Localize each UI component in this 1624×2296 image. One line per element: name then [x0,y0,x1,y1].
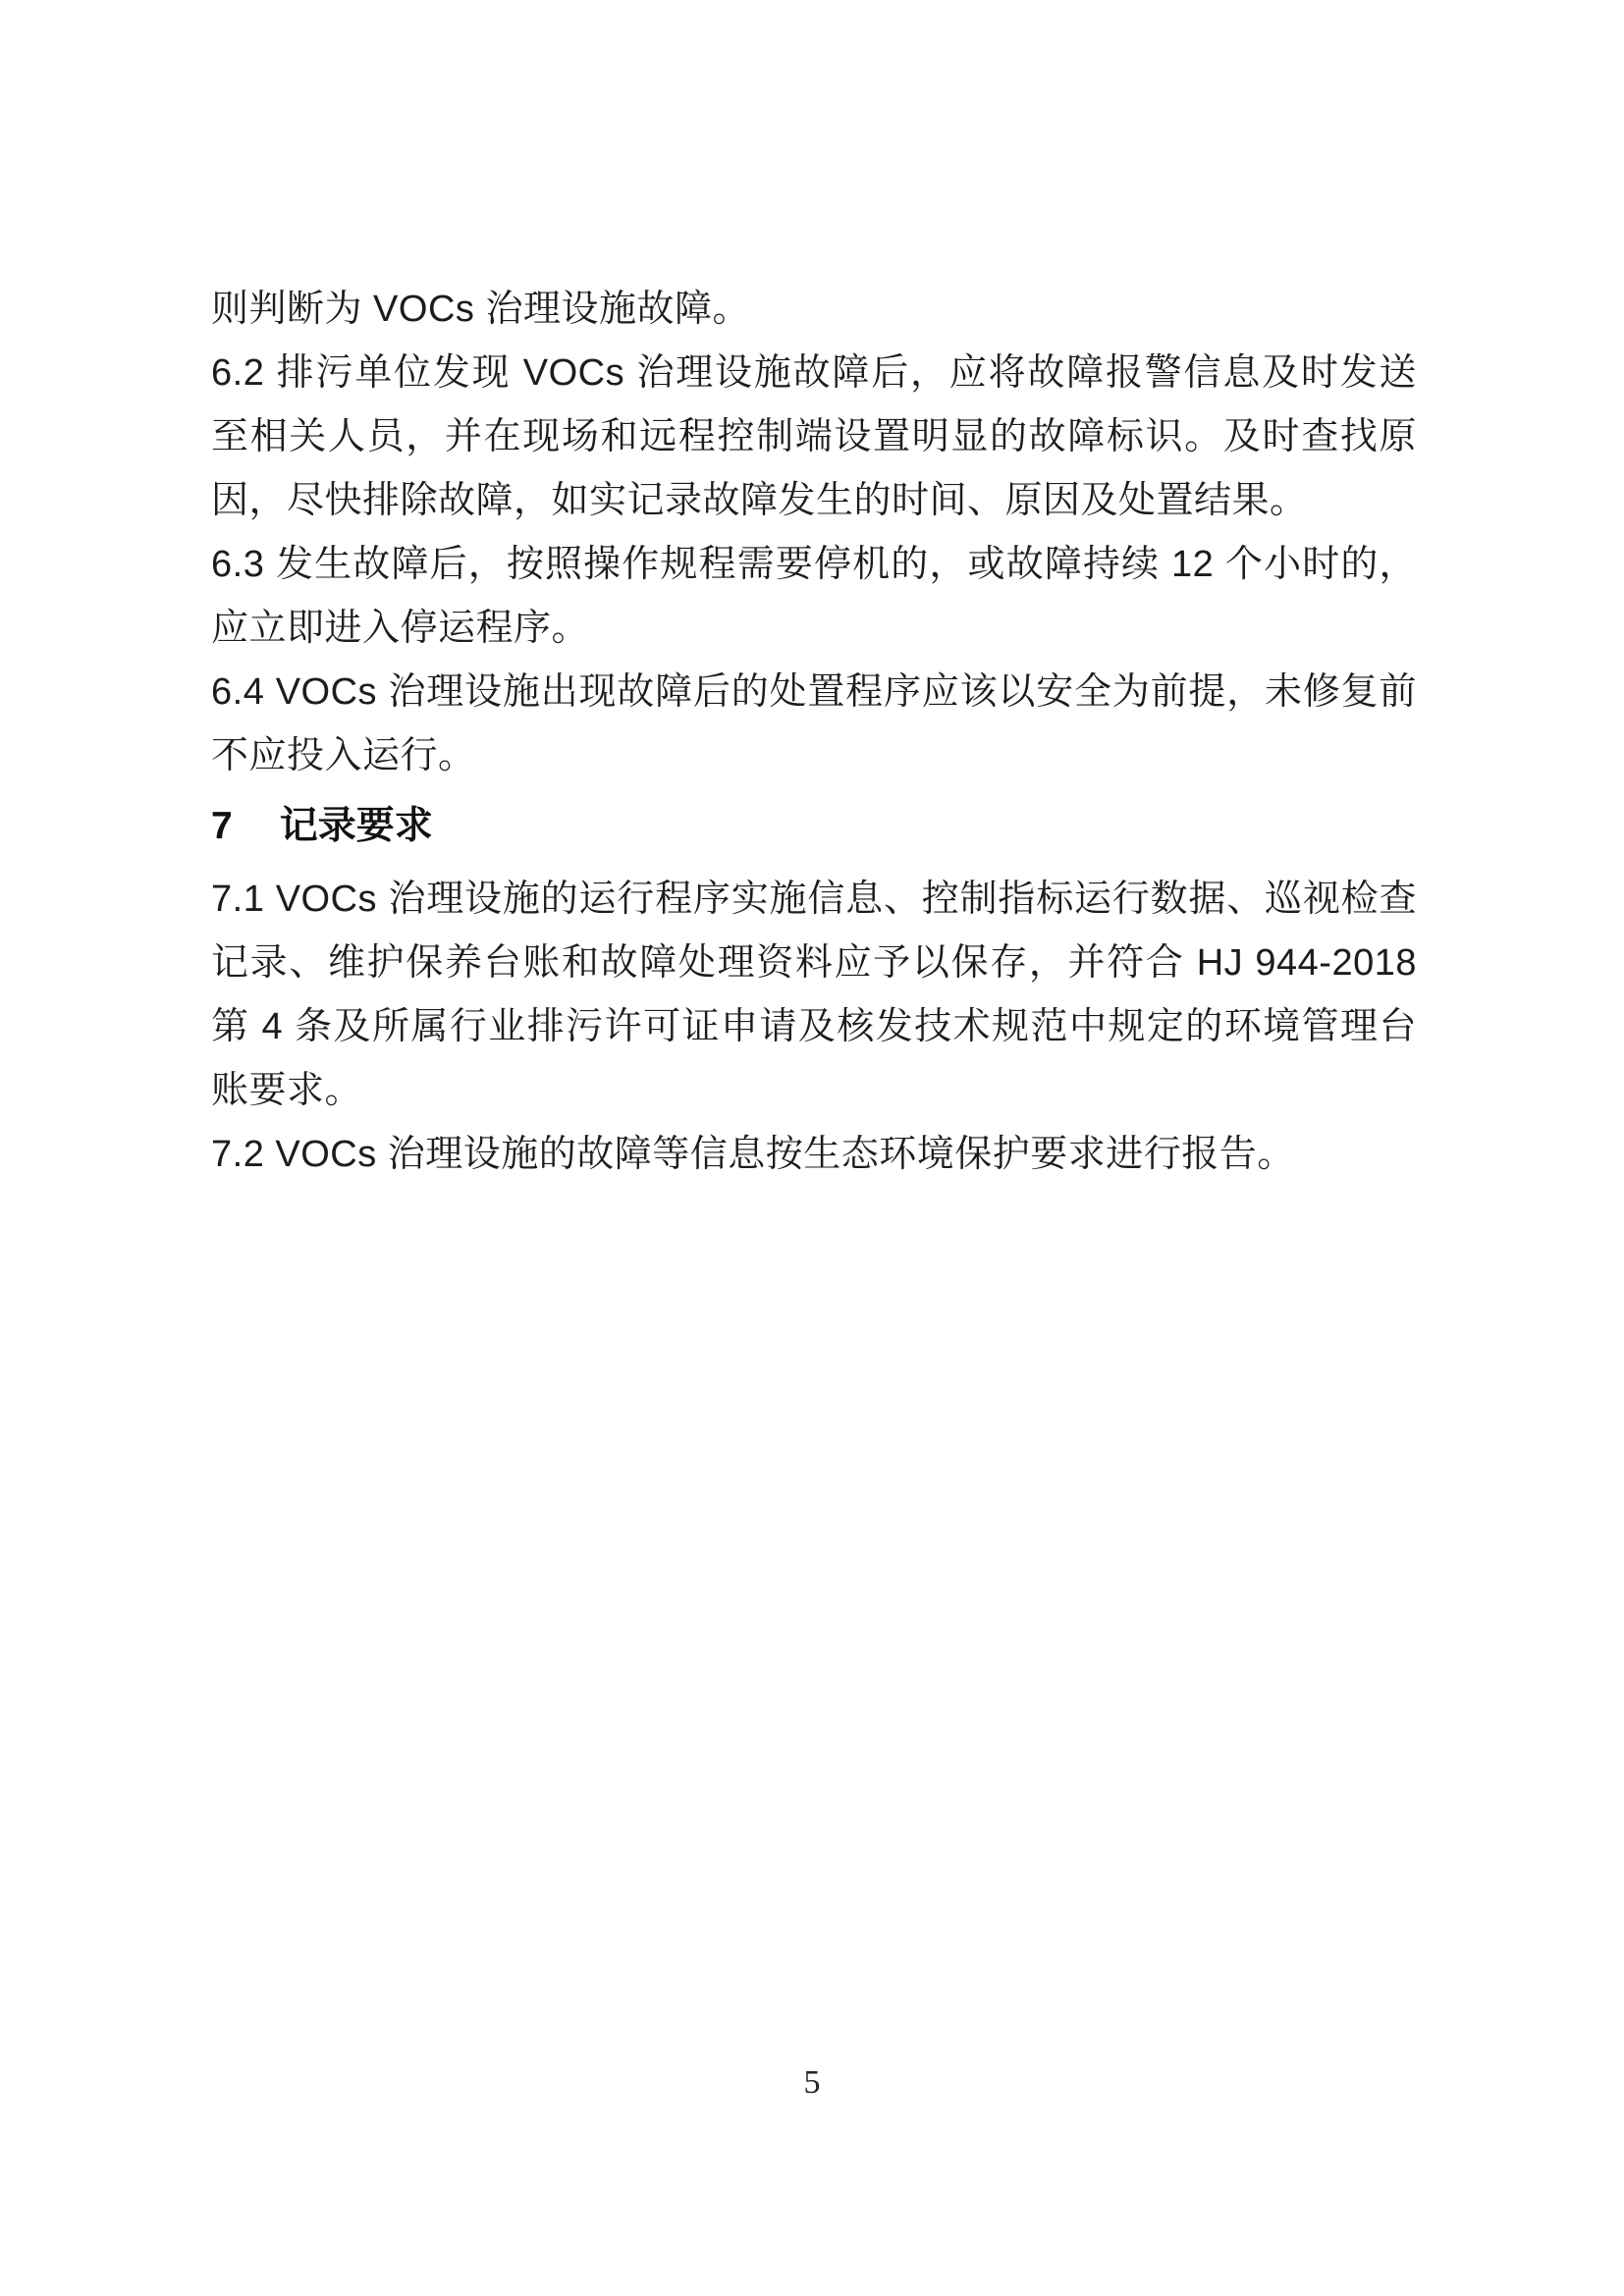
document-page: 则判断为 VOCs 治理设施故障。 6.2 排污单位发现 VOCs 治理设施故障… [0,0,1624,2296]
clause-6-4: 6.4 VOCs 治理设施出现故障后的处置程序应该以安全为前提，未修复前不应投入… [211,661,1417,788]
page-number: 5 [804,2064,821,2101]
document-body: 则判断为 VOCs 治理设施故障。 6.2 排污单位发现 VOCs 治理设施故障… [211,278,1417,1187]
clause-6-2: 6.2 排污单位发现 VOCs 治理设施故障后，应将故障报警信息及时发送至相关人… [211,342,1417,533]
paragraph-continuation-6-1: 则判断为 VOCs 治理设施故障。 [211,278,1417,342]
section-7-heading: 7记录要求 [211,794,1417,858]
clause-7-2: 7.2 VOCs 治理设施的故障等信息按生态环境保护要求进行报告。 [211,1123,1417,1187]
clause-6-3: 6.3 发生故障后，按照操作规程需要停机的，或故障持续 12 个小时的，应立即进… [211,533,1417,661]
page-footer: 5 [0,2064,1624,2102]
section-7-number: 7 [211,794,233,858]
clause-7-1: 7.1 VOCs 治理设施的运行程序实施信息、控制指标运行数据、巡视检查记录、维… [211,868,1417,1123]
section-7-title: 记录要求 [280,805,433,847]
